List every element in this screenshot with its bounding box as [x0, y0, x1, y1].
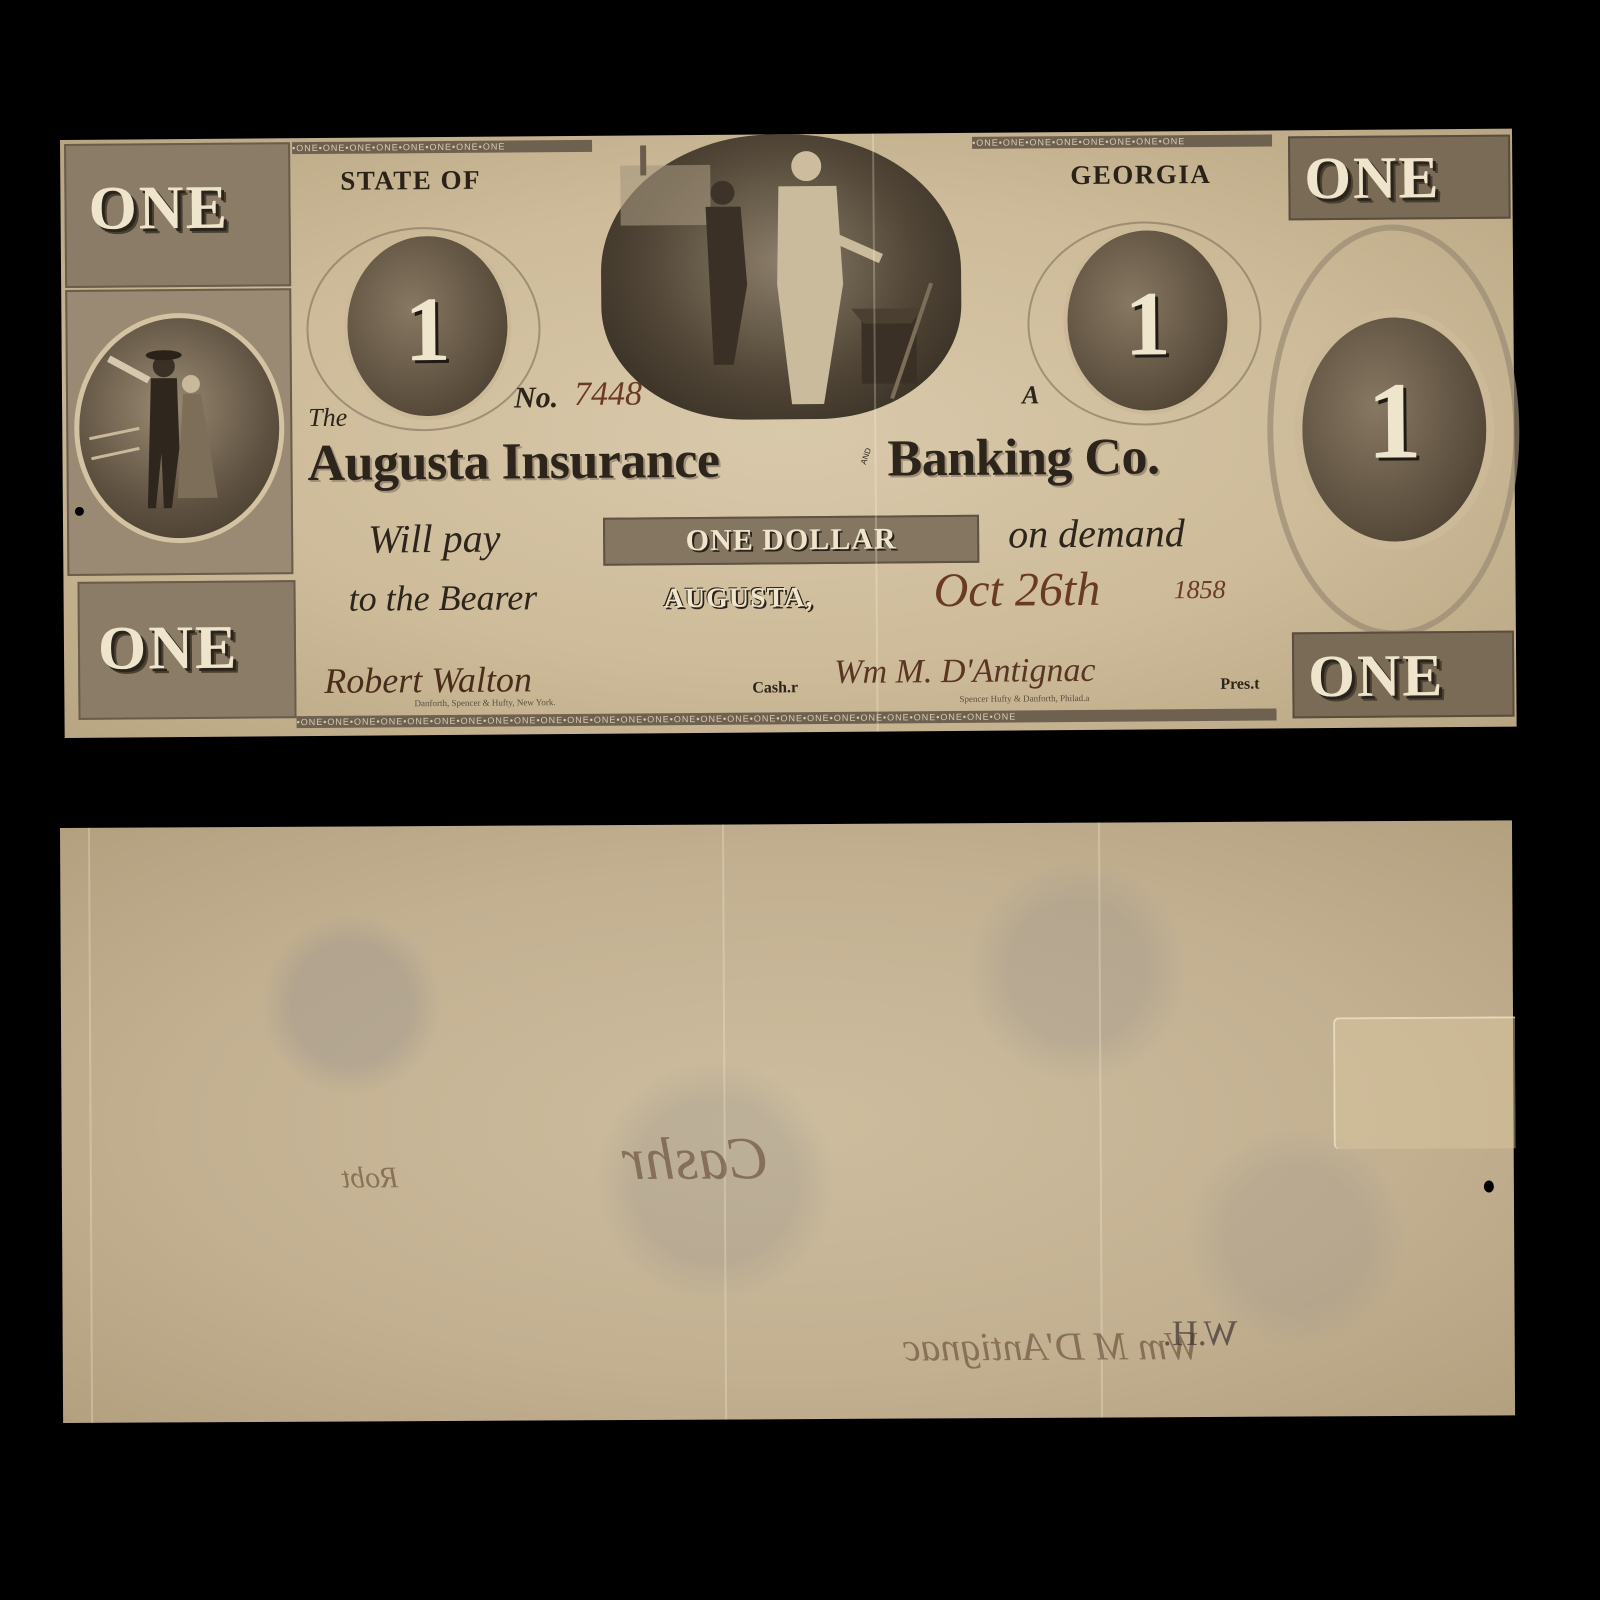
on-demand-label: on demand	[1008, 509, 1185, 557]
blacksmith-vignette	[600, 133, 962, 421]
left-vignette-panel	[65, 288, 293, 576]
denomination-word: ONE	[88, 173, 229, 245]
paper-repair-patch	[1333, 1016, 1516, 1149]
punch-hole	[75, 507, 84, 516]
portrait-medallion-center-right: 1	[1063, 226, 1232, 415]
year-handwritten: 1858	[1173, 575, 1225, 605]
amount-box: ONE DOLLAR	[603, 515, 979, 566]
show-through-cashier-signature: Robt	[342, 1161, 399, 1195]
imprint-right: Spencer Hufty & Danforth, Philad.a	[959, 693, 1089, 704]
date-handwritten: Oct 26th	[933, 562, 1100, 618]
denomination-numeral: 1	[347, 275, 508, 382]
to-bearer-label: to the Bearer	[348, 576, 537, 619]
right-bottom-one-panel: ONE	[1292, 631, 1515, 719]
denomination-word: ONE	[1304, 143, 1441, 213]
endorsement-initials: W.H.	[1163, 1312, 1238, 1354]
micro-border-bottom: •ONE•ONE•ONE•ONE•ONE•ONE•ONE•ONE•ONE•ONE…	[297, 708, 1277, 728]
serial-prefix: No.	[514, 381, 558, 415]
punch-hole	[1484, 1180, 1494, 1192]
blacksmith-scene-icon	[600, 133, 962, 421]
banknote-front: •ONE•ONE•ONE•ONE•ONE•ONE•ONE•ONE •ONE•ON…	[60, 129, 1517, 738]
show-through-cashier-title: Cashr	[622, 1124, 769, 1194]
denomination-word: ONE	[98, 613, 239, 685]
right-top-one-panel: ONE	[1288, 135, 1511, 221]
and-label: AND	[859, 447, 873, 466]
imprint-left: Danforth, Spencer & Hufty, New York.	[414, 697, 555, 708]
courting-couple-vignette	[73, 312, 285, 544]
left-bottom-one-panel: ONE	[77, 580, 296, 720]
banknote-back: Cashr Robt Wm M D'Antignac W.H.	[60, 820, 1515, 1423]
denomination-numeral: 1	[1302, 357, 1487, 485]
president-title: Pres.t	[1220, 676, 1259, 694]
couple-figures-icon	[78, 317, 270, 528]
show-through-president-signature: Wm M D'Antignac	[903, 1322, 1201, 1371]
denomination-numeral: 1	[1067, 270, 1228, 377]
will-pay-label: Will pay	[368, 515, 501, 563]
cashier-title: Cash.r	[752, 679, 798, 697]
state-label-left: STATE OF	[340, 165, 481, 197]
portrait-medallion-left: 1	[343, 231, 512, 420]
denomination-word: ONE	[1308, 641, 1445, 711]
state-label-right: GEORGIA	[1070, 159, 1211, 191]
bank-name-part1: Augusta Insurance	[307, 431, 719, 493]
fold-line	[88, 828, 93, 1423]
plate-letter: A	[1022, 380, 1040, 410]
bank-name-part2: Banking Co.	[887, 427, 1159, 488]
portrait-medallion-right: 1	[1293, 309, 1495, 551]
serial-number: 7448	[574, 375, 642, 414]
micro-border-top-right: •ONE•ONE•ONE•ONE•ONE•ONE•ONE•ONE	[972, 134, 1272, 148]
fold-line	[722, 825, 727, 1420]
president-signature: Wm M. D'Antignac	[834, 652, 1096, 692]
left-top-one-panel: ONE	[64, 142, 291, 288]
the-label: The	[308, 403, 347, 433]
cashier-signature: Robert Walton	[324, 658, 532, 702]
city-label: AUGUSTA,	[664, 582, 814, 615]
micro-border-top-left: •ONE•ONE•ONE•ONE•ONE•ONE•ONE•ONE	[292, 140, 592, 154]
